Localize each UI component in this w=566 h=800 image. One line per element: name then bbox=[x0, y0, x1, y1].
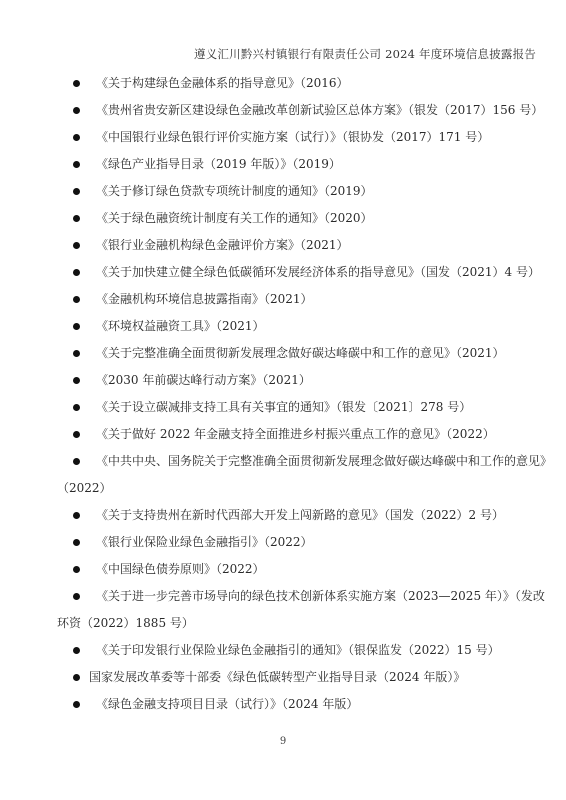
list-item: 《关于设立碳减排支持工具有关事宜的通知》（银发〔2021〕278 号） bbox=[57, 394, 527, 421]
bullet-icon bbox=[73, 674, 80, 681]
bullet-icon bbox=[73, 647, 80, 654]
document-header: 遵义汇川黔兴村镇银行有限责任公司 2024 年度环境信息披露报告 bbox=[194, 46, 536, 62]
list-item: 《关于绿色融资统计制度有关工作的通知》（2020） bbox=[57, 205, 527, 232]
list-item: 《金融机构环境信息披露指南》（2021） bbox=[57, 286, 527, 313]
bullet-icon bbox=[73, 512, 80, 519]
list-item: 《中国银行业绿色银行评价实施方案（试行）》（银协发（2017）171 号） bbox=[57, 124, 527, 151]
list-item: 《绿色金融支持项目目录（试行）》（2024 年版） bbox=[57, 691, 527, 718]
bullet-icon bbox=[73, 458, 80, 465]
bullet-icon bbox=[73, 242, 80, 249]
bullet-icon bbox=[73, 323, 80, 330]
list-item: 《关于完整准确全面贯彻新发展理念做好碳达峰碳中和工作的意见》（2021） bbox=[57, 340, 527, 367]
bullet-icon bbox=[73, 134, 80, 141]
bullet-icon bbox=[73, 161, 80, 168]
list-item: 《关于加快建立健全绿色低碳循环发展经济体系的指导意见》（国发（2021）4 号） bbox=[57, 259, 527, 286]
bullet-icon bbox=[73, 350, 80, 357]
bullet-icon bbox=[73, 107, 80, 114]
list-item: 《中国绿色债券原则》（2022） bbox=[57, 556, 527, 583]
bullet-icon bbox=[73, 215, 80, 222]
list-item: 《关于构建绿色金融体系的指导意见》（2016） bbox=[57, 70, 527, 97]
bullet-icon bbox=[73, 701, 80, 708]
list-item: 《银行业金融机构绿色金融评价方案》（2021） bbox=[57, 232, 527, 259]
bullet-icon bbox=[73, 593, 80, 600]
list-item-continuation: 环资（2022）1885 号） bbox=[57, 610, 527, 637]
list-item: 《关于修订绿色贷款专项统计制度的通知》（2019） bbox=[57, 178, 527, 205]
bullet-icon bbox=[73, 188, 80, 195]
list-item: 《关于进一步完善市场导向的绿色技术创新体系实施方案（2023—2025 年）》（… bbox=[57, 583, 527, 637]
list-item: 《关于印发银行业保险业绿色金融指引的通知》（银保监发（2022）15 号） bbox=[57, 637, 527, 664]
bullet-icon bbox=[73, 377, 80, 384]
list-item: 《关于做好 2022 年金融支持全面推进乡村振兴重点工作的意见》（2022） bbox=[57, 421, 527, 448]
list-item: 《绿色产业指导目录（2019 年版）》（2019） bbox=[57, 151, 527, 178]
list-item: 《贵州省贵安新区建设绿色金融改革创新试验区总体方案》（银发（2017）156 号… bbox=[57, 97, 527, 124]
bullet-icon bbox=[73, 431, 80, 438]
bullet-icon bbox=[73, 80, 80, 87]
list-item: 《环境权益融资工具》（2021） bbox=[57, 313, 527, 340]
bullet-icon bbox=[73, 539, 80, 546]
list-item: 《关于支持贵州在新时代西部大开发上闯新路的意见》（国发（2022）2 号） bbox=[57, 502, 527, 529]
bullet-icon bbox=[73, 269, 80, 276]
list-item: 《中共中央、国务院关于完整准确全面贯彻新发展理念做好碳达峰碳中和工作的意见》（2… bbox=[57, 448, 527, 502]
list-item: 《银行业保险业绿色金融指引》（2022） bbox=[57, 529, 527, 556]
bullet-icon bbox=[73, 296, 80, 303]
list-item: 《2030 年前碳达峰行动方案》（2021） bbox=[57, 367, 527, 394]
bullet-icon bbox=[73, 404, 80, 411]
bullet-icon bbox=[73, 566, 80, 573]
page-number: 9 bbox=[0, 736, 566, 747]
list-item: 国家发展改革委等十部委《绿色低碳转型产业指导目录（2024 年版）》 bbox=[57, 664, 527, 691]
list-item-continuation: （2022） bbox=[57, 475, 527, 502]
